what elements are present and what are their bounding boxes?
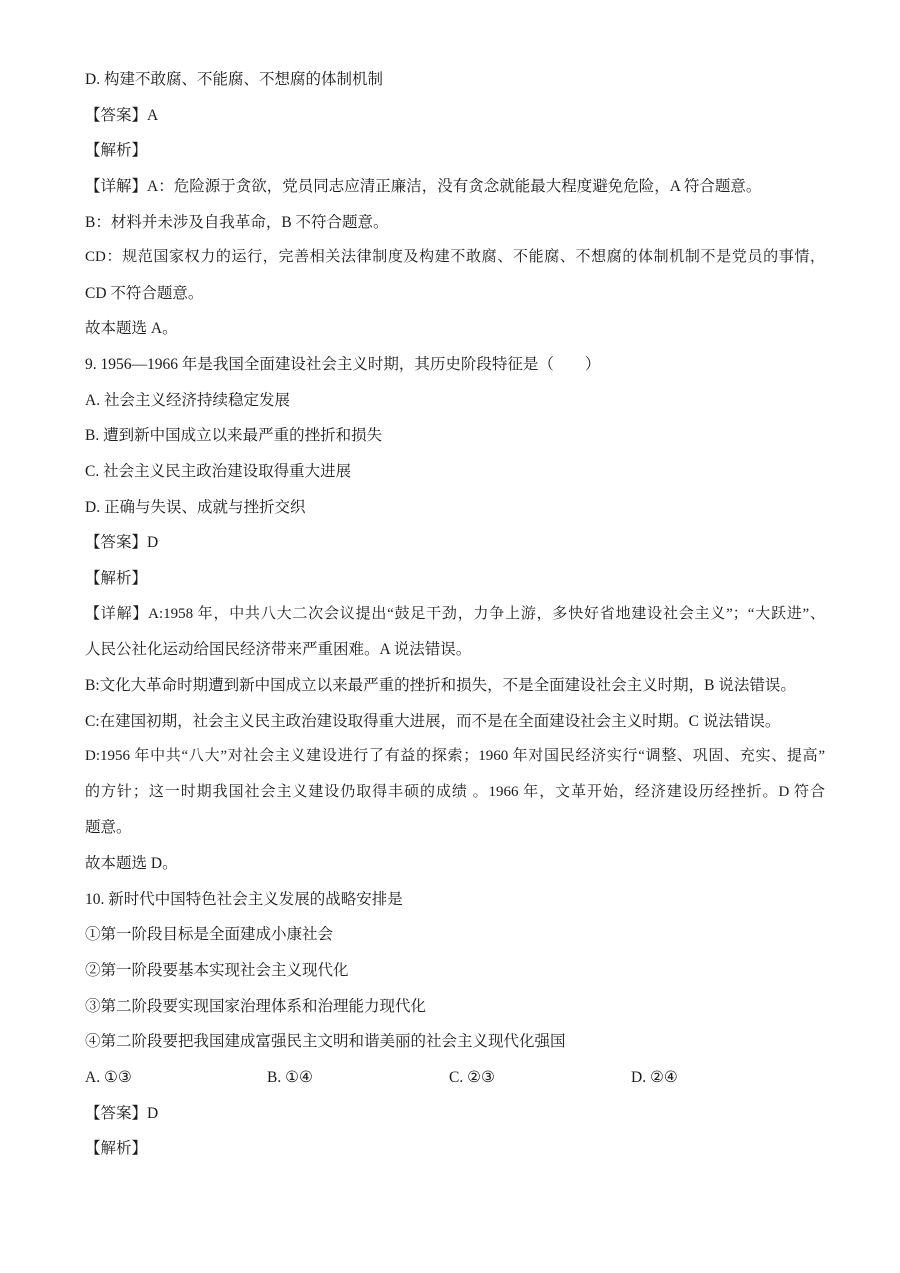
text-line: 【答案】D (85, 1096, 825, 1132)
text-line: 题意。 (85, 810, 825, 846)
document-page: D. 构建不敢腐、不能腐、不想腐的体制机制【答案】A【解析】【详解】A：危险源于… (85, 62, 825, 1167)
option-choice: C. ②③ (449, 1060, 631, 1096)
text-line: CD 不符合题意。 (85, 276, 825, 312)
text-line: D. 构建不敢腐、不能腐、不想腐的体制机制 (85, 62, 825, 98)
text-line: A. 社会主义经济持续稳定发展 (85, 383, 825, 419)
text-line: B:文化大革命时期遭到新中国成立以来最严重的挫折和损失，不是全面建设社会主义时期… (85, 668, 825, 704)
text-line: ①第一阶段目标是全面建成小康社会 (85, 917, 825, 953)
text-line: 的方针；这一时期我国社会主义建设仍取得丰硕的成绩 。1966 年，文革开始，经济… (85, 775, 825, 811)
text-line: CD：规范国家权力的运行，完善相关法律制度及构建不敢腐、不能腐、不想腐的体制机制… (85, 240, 825, 276)
text-line: B. 遭到新中国成立以来最严重的挫折和损失 (85, 418, 825, 454)
text-line: D:1956 年中共“八大”对社会主义建设进行了有益的探索；1960 年对国民经… (85, 739, 825, 775)
text-line: 9. 1956—1966 年是我国全面建设社会主义时期，其历史阶段特征是（ ） (85, 347, 825, 383)
text-line: ④第二阶段要把我国建成富强民主文明和谐美丽的社会主义现代化强国 (85, 1024, 825, 1060)
text-line: 【解析】 (85, 1131, 825, 1167)
option-choice: D. ②④ (631, 1060, 678, 1096)
text-line: D. 正确与失误、成就与挫折交织 (85, 490, 825, 526)
text-line: C. 社会主义民主政治建设取得重大进展 (85, 454, 825, 490)
text-line: ②第一阶段要基本实现社会主义现代化 (85, 953, 825, 989)
answer-options-row: A. ①③B. ①④C. ②③D. ②④ (85, 1060, 825, 1096)
text-line: 【答案】A (85, 98, 825, 134)
text-line: 故本题选 D。 (85, 846, 825, 882)
text-line: 【解析】 (85, 133, 825, 169)
option-choice: B. ①④ (267, 1060, 449, 1096)
text-line: ③第二阶段要实现国家治理体系和治理能力现代化 (85, 989, 825, 1025)
text-line: 【解析】 (85, 561, 825, 597)
text-line: 10. 新时代中国特色社会主义发展的战略安排是 (85, 882, 825, 918)
text-line: C:在建国初期，社会主义民主政治建设取得重大进展，而不是在全面建设社会主义时期。… (85, 704, 825, 740)
text-line: 【详解】A：危险源于贪欲，党员同志应清正廉洁，没有贪念就能最大程度避免危险，A … (85, 169, 825, 205)
text-line: B：材料并未涉及自我革命，B 不符合题意。 (85, 205, 825, 241)
option-choice: A. ①③ (85, 1060, 267, 1096)
text-line: 【答案】D (85, 525, 825, 561)
text-line: 人民公社化运动给国民经济带来严重困难。A 说法错误。 (85, 632, 825, 668)
text-line: 【详解】A:1958 年，中共八大二次会议提出“鼓足干劲，力争上游，多快好省地建… (85, 597, 825, 633)
text-line: 故本题选 A。 (85, 311, 825, 347)
